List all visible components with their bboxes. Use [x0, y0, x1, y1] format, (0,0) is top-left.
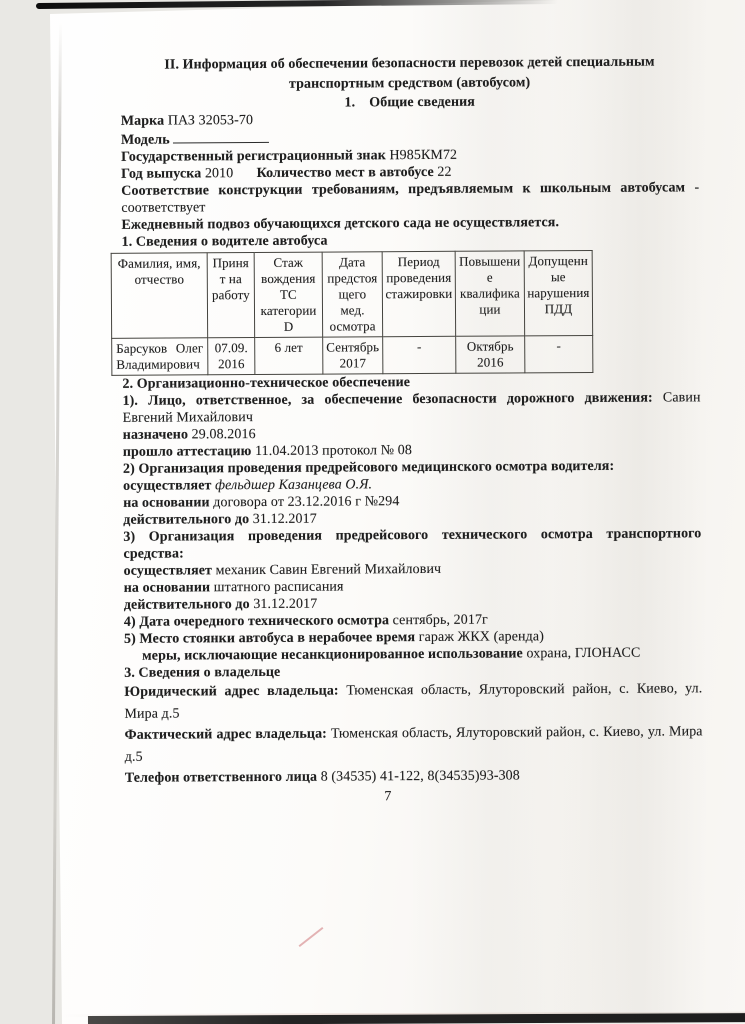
phone-value: 8 (34535) 41-122, 8(34535)93-308 [321, 768, 520, 784]
org-item-4-value: сентябрь, 2017г [393, 613, 488, 629]
org-item-5-measures: меры, исключающие несанкционированное ис… [124, 644, 702, 665]
col-header-hired: Принят на работу [207, 253, 255, 338]
scan-bottom-edge [88, 1013, 745, 1024]
field-year-label: Год выпуска [121, 166, 201, 181]
measures-value: охрана, ГЛОНАСС [526, 646, 640, 662]
field-brand-label: Марка [121, 114, 164, 129]
appointed-value: 29.08.2016 [192, 427, 256, 442]
org-item-4-label: 4) Дата очередного технического осмотра [124, 613, 389, 630]
performs-value: фельдшер Казанцева О.Я. [215, 477, 372, 493]
performs-value: механик Савин Евгений Михайлович [216, 562, 442, 578]
scanned-document: II. Информация об обеспечении безопаснос… [0, 0, 745, 1024]
field-conformity: Соответствие конструкции требованиям, пр… [121, 179, 699, 217]
table-header-row: Фамилия, имя, отчество Принят на работу … [111, 250, 593, 338]
section-number: 1. [344, 95, 355, 110]
valid-value: 31.12.2017 [253, 597, 317, 612]
org-item-1-label: 1). Лицо, ответственное, за обеспечение … [123, 391, 653, 409]
measures-label: меры, исключающие несанкционированное ис… [142, 646, 523, 663]
field-model-label: Модель [121, 133, 170, 148]
cell-hired-date: 07.09. 2016 [208, 338, 255, 375]
cell-experience: 6 лет [255, 337, 323, 374]
section-title: Общие сведения [369, 95, 475, 111]
document-content: II. Информация об обеспечении безопаснос… [120, 52, 703, 806]
col-header-med-exam: Дата предстоящего мед. осмотра [322, 252, 383, 337]
cell-violations: - [525, 335, 593, 372]
basis-label: на основании [123, 495, 210, 511]
org-item-3: 3) Организация проведения предрейсового … [123, 525, 702, 614]
performs-label: осуществляет [123, 478, 212, 494]
field-seats-value: 22 [437, 165, 451, 180]
field-conformity-label: Соответствие конструкции требованиям, пр… [121, 180, 699, 199]
attestation-label: прошло аттестацию [123, 444, 252, 460]
driver-info-table: Фамилия, имя, отчество Принят на работу … [111, 250, 594, 376]
general-info-block: Марка ПАЗ 32053-70 Модель Государственны… [121, 109, 700, 234]
table-row: Барсуков Олег Владимирович 07.09. 2016 6… [112, 335, 593, 375]
performs-label: осуществляет [124, 563, 213, 579]
field-year-value: 2010 [205, 166, 233, 181]
org-item-5-value: гараж ЖКХ (аренда) [419, 629, 544, 645]
org-item-5: 5) Место стоянки автобуса в нерабочее вр… [124, 627, 702, 665]
field-registration-value: Н985КМ72 [389, 148, 457, 163]
org-item-3-label: 3) Организация проведения предрейсового … [123, 525, 701, 563]
owner-info-block: Юридический адрес владельца: Тюменская о… [124, 678, 703, 789]
owner-actual-address: Фактический адрес владельца: Тюменская о… [125, 721, 703, 768]
org-item-1-responsible: 1). Лицо, ответственное, за обеспечение … [122, 389, 700, 427]
basis-value: штатного расписания [214, 579, 344, 595]
cell-med-exam: Сентябрь 2017 [323, 337, 383, 374]
col-header-internship: Период проведения стажировки [382, 251, 456, 336]
document-title: II. Информация об обеспечении безопаснос… [120, 52, 698, 96]
actual-address-label: Фактический адрес владельца: [125, 727, 327, 743]
col-header-experience: Стаж вождения ТС категории D [254, 252, 323, 337]
org-item-1: 1). Лицо, ответственное, за обеспечение … [122, 389, 700, 461]
col-header-violations: Допущенные нарушения ПДД [524, 250, 593, 335]
basis-value: договора от 23.12.2016 г №294 [213, 494, 399, 510]
field-conformity-value: соответствует [121, 200, 205, 216]
owner-legal-address: Юридический адрес владельца: Тюменская о… [124, 678, 702, 725]
field-seats-label: Количество мест в автобусе [257, 165, 434, 181]
field-model-blank [173, 129, 269, 144]
col-header-qualification: Повышение квалификации [455, 251, 525, 336]
cell-qualification: Октябрь 2016 [456, 336, 525, 373]
valid-value: 31.12.2017 [253, 512, 317, 527]
cell-internship: - [383, 336, 456, 373]
field-brand-value: ПАЗ 32053-70 [168, 113, 253, 129]
appointed-label: назначено [123, 427, 188, 442]
phone-label: Телефон ответственного лица [125, 770, 317, 786]
field-registration-label: Государственный регистрационный знак [121, 148, 386, 165]
basis-label: на основании [124, 580, 211, 596]
org-item-5-label: 5) Место стоянки автобуса в нерабочее вр… [124, 630, 415, 647]
driver-table-heading: 1. Сведения о водителе автобуса [122, 230, 700, 251]
org-item-2: 2) Организация проведения предрейсового … [123, 457, 701, 529]
col-header-name: Фамилия, имя, отчество [111, 253, 208, 339]
attestation-value: 11.04.2013 протокол № 08 [255, 443, 412, 459]
valid-label: действительного до [124, 597, 250, 613]
valid-label: действительного до [123, 512, 249, 528]
cell-driver-name: Барсуков Олег Владимирович [112, 338, 208, 376]
legal-address-label: Юридический адрес владельца: [124, 684, 338, 700]
page-number: 7 [99, 786, 677, 807]
